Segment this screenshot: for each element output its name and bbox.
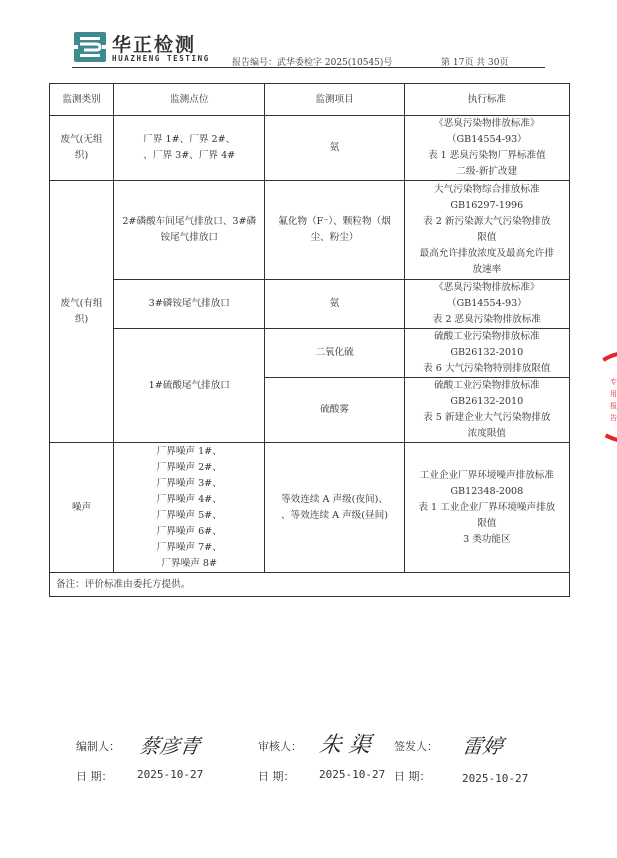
issuer-date-label: 日 期： bbox=[394, 768, 431, 784]
standard-line: 浓度限值 bbox=[409, 426, 565, 442]
item-line: 氟化物（F⁻）、颗粒物（烟 bbox=[269, 214, 399, 230]
header-standard: 执行标准 bbox=[404, 84, 569, 116]
issuer-signature: 雷婷 bbox=[461, 730, 505, 759]
standard-cell: 《恶臭污染物排放标准》 （GB14554-93） 表 1 恶臭污染物厂界标准值 … bbox=[404, 116, 569, 181]
compiler-date-label: 日 期： bbox=[76, 768, 113, 784]
standard-cell: 《恶臭污染物排放标准》 （GB14554-93） 表 2 恶臭污染物排放标准 bbox=[404, 280, 569, 329]
point-line: 2#磷酸车间尾气排放口、3#磷 bbox=[118, 214, 260, 230]
standard-line: 二级-新扩改建 bbox=[409, 164, 565, 180]
standard-line: GB16297-1996 bbox=[409, 198, 565, 214]
compiler-label: 编制人： bbox=[76, 738, 120, 754]
item-line: 等效连续 A 声级(夜间)、 bbox=[269, 492, 399, 508]
standard-line: 硫酸工业污染物排放标准 bbox=[409, 329, 565, 345]
category-cell: 废气(无组织) bbox=[50, 116, 114, 181]
compiler-date: 2025-10-27 bbox=[137, 768, 203, 781]
category-text: 废气(有组织) bbox=[60, 298, 102, 325]
note-text: 备注：评价标准由委托方提供。 bbox=[50, 573, 570, 597]
point-line: 厂界噪声 6#、 bbox=[118, 524, 260, 540]
point-cell: 厂界噪声 1#、 厂界噪声 2#、 厂界噪声 3#、 厂界噪声 4#、 厂界噪声… bbox=[114, 443, 265, 573]
table-header-row: 监测类别 监测点位 监测项目 执行标准 bbox=[50, 84, 570, 116]
point-line: 厂界噪声 4#、 bbox=[118, 492, 260, 508]
table-row: 3#磷铵尾气排放口 氨 《恶臭污染物排放标准》 （GB14554-93） 表 2… bbox=[50, 280, 570, 329]
note-row: 备注：评价标准由委托方提供。 bbox=[50, 573, 570, 597]
reviewer-signature: 朱 渠 bbox=[318, 728, 373, 759]
point-cell: 2#磷酸车间尾气排放口、3#磷 铵尾气排放口 bbox=[114, 181, 265, 280]
svg-text:用: 用 bbox=[610, 390, 617, 398]
item-line: 、等效连续 A 声级(昼间) bbox=[269, 508, 399, 524]
standards-table: 监测类别 监测点位 监测项目 执行标准 废气(无组织) 厂界 1#、厂界 2#、… bbox=[49, 83, 570, 597]
standard-cell: 工业企业厂界环境噪声排放标准 GB12348-2008 表 1 工业企业厂界环境… bbox=[404, 443, 569, 573]
item-cell: 等效连续 A 声级(夜间)、 、等效连续 A 声级(昼间) bbox=[265, 443, 404, 573]
standard-cell: 硫酸工业污染物排放标准 GB26132-2010 表 5 新建企业大气污染物排放… bbox=[404, 378, 569, 443]
standard-line: 表 5 新建企业大气污染物排放 bbox=[409, 410, 565, 426]
standard-line: 《恶臭污染物排放标准》 bbox=[409, 116, 565, 132]
point-line: 铵尾气排放口 bbox=[118, 230, 260, 246]
item-cell: 硫酸雾 bbox=[265, 378, 404, 443]
category-cell: 噪声 bbox=[50, 443, 114, 573]
standard-line: 表 2 新污染源大气污染物排放 bbox=[409, 214, 565, 230]
item-cell: 氨 bbox=[265, 280, 404, 329]
header-category: 监测类别 bbox=[50, 84, 114, 116]
point-line: 、厂界 3#、厂界 4# bbox=[118, 148, 260, 164]
category-cell: 废气(有组织) bbox=[50, 181, 114, 443]
huazheng-logo-icon bbox=[74, 32, 106, 62]
standard-line: （GB14554-93） bbox=[409, 132, 565, 148]
point-line: 厂界噪声 1#、 bbox=[118, 444, 260, 460]
standard-cell: 大气污染物综合排放标准 GB16297-1996 表 2 新污染源大气污染物排放… bbox=[404, 181, 569, 280]
standard-line: 表 6 大气污染物特别排放限值 bbox=[409, 361, 565, 377]
standard-line: 工业企业厂界环境噪声排放标准 bbox=[409, 468, 565, 484]
standard-line: 表 1 恶臭污染物厂界标准值 bbox=[409, 148, 565, 164]
standard-line: 限值 bbox=[409, 230, 565, 246]
standard-line: GB12348-2008 bbox=[409, 484, 565, 500]
point-cell: 1#硫酸尾气排放口 bbox=[114, 329, 265, 443]
header-divider bbox=[72, 67, 545, 68]
brand-name-en: HUAZHENG TESTING bbox=[112, 54, 210, 63]
point-cell: 3#磷铵尾气排放口 bbox=[114, 280, 265, 329]
standard-line: 最高允许排放浓度及最高允许排 bbox=[409, 246, 565, 262]
point-cell: 厂界 1#、厂界 2#、 、厂界 3#、厂界 4# bbox=[114, 116, 265, 181]
table-row: 噪声 厂界噪声 1#、 厂界噪声 2#、 厂界噪声 3#、 厂界噪声 4#、 厂… bbox=[50, 443, 570, 573]
seal-stamp-icon: 专 用 报 告 bbox=[600, 352, 617, 442]
point-line: 厂界噪声 3#、 bbox=[118, 476, 260, 492]
issuer-date: 2025-10-27 bbox=[462, 772, 528, 785]
standard-line: 3 类功能区 bbox=[409, 532, 565, 548]
svg-text:专: 专 bbox=[610, 377, 617, 386]
standard-line: 表 2 恶臭污染物排放标准 bbox=[409, 312, 565, 328]
standard-line: 大气污染物综合排放标准 bbox=[409, 182, 565, 198]
category-text: 废气(无组织) bbox=[60, 134, 102, 161]
header-item: 监测项目 bbox=[265, 84, 404, 116]
standard-line: GB26132-2010 bbox=[409, 394, 565, 410]
svg-text:告: 告 bbox=[610, 413, 617, 422]
standard-line: （GB14554-93） bbox=[409, 296, 565, 312]
reviewer-label: 审核人： bbox=[258, 738, 302, 754]
standard-line: 限值 bbox=[409, 516, 565, 532]
standard-line: 放速率 bbox=[409, 262, 565, 278]
point-line: 厂界噪声 2#、 bbox=[118, 460, 260, 476]
compiler-signature: 蔡彦青 bbox=[138, 730, 202, 759]
item-cell: 氨 bbox=[265, 116, 404, 181]
reviewer-date: 2025-10-27 bbox=[319, 768, 385, 781]
table-row: 废气(有组织) 2#磷酸车间尾气排放口、3#磷 铵尾气排放口 氟化物（F⁻）、颗… bbox=[50, 181, 570, 280]
standard-cell: 硫酸工业污染物排放标准 GB26132-2010 表 6 大气污染物特别排放限值 bbox=[404, 329, 569, 378]
point-line: 厂界 1#、厂界 2#、 bbox=[118, 132, 260, 148]
header-point: 监测点位 bbox=[114, 84, 265, 116]
item-cell: 二氧化硫 bbox=[265, 329, 404, 378]
point-line: 厂界噪声 5#、 bbox=[118, 508, 260, 524]
brand-name-cn: 华正检测 bbox=[112, 30, 196, 57]
issuer-label: 签发人： bbox=[394, 738, 438, 754]
standard-line: 表 1 工业企业厂界环境噪声排放 bbox=[409, 500, 565, 516]
reviewer-date-label: 日 期： bbox=[258, 768, 295, 784]
table-row: 废气(无组织) 厂界 1#、厂界 2#、 、厂界 3#、厂界 4# 氨 《恶臭污… bbox=[50, 116, 570, 181]
point-line: 厂界噪声 8# bbox=[118, 556, 260, 572]
point-line: 厂界噪声 7#、 bbox=[118, 540, 260, 556]
standard-line: 《恶臭污染物排放标准》 bbox=[409, 280, 565, 296]
table-row: 1#硫酸尾气排放口 二氧化硫 硫酸工业污染物排放标准 GB26132-2010 … bbox=[50, 329, 570, 378]
item-line: 尘、粉尘） bbox=[269, 230, 399, 246]
item-cell: 氟化物（F⁻）、颗粒物（烟 尘、粉尘） bbox=[265, 181, 404, 280]
svg-text:报: 报 bbox=[610, 401, 617, 410]
standard-line: GB26132-2010 bbox=[409, 345, 565, 361]
standard-line: 硫酸工业污染物排放标准 bbox=[409, 378, 565, 394]
